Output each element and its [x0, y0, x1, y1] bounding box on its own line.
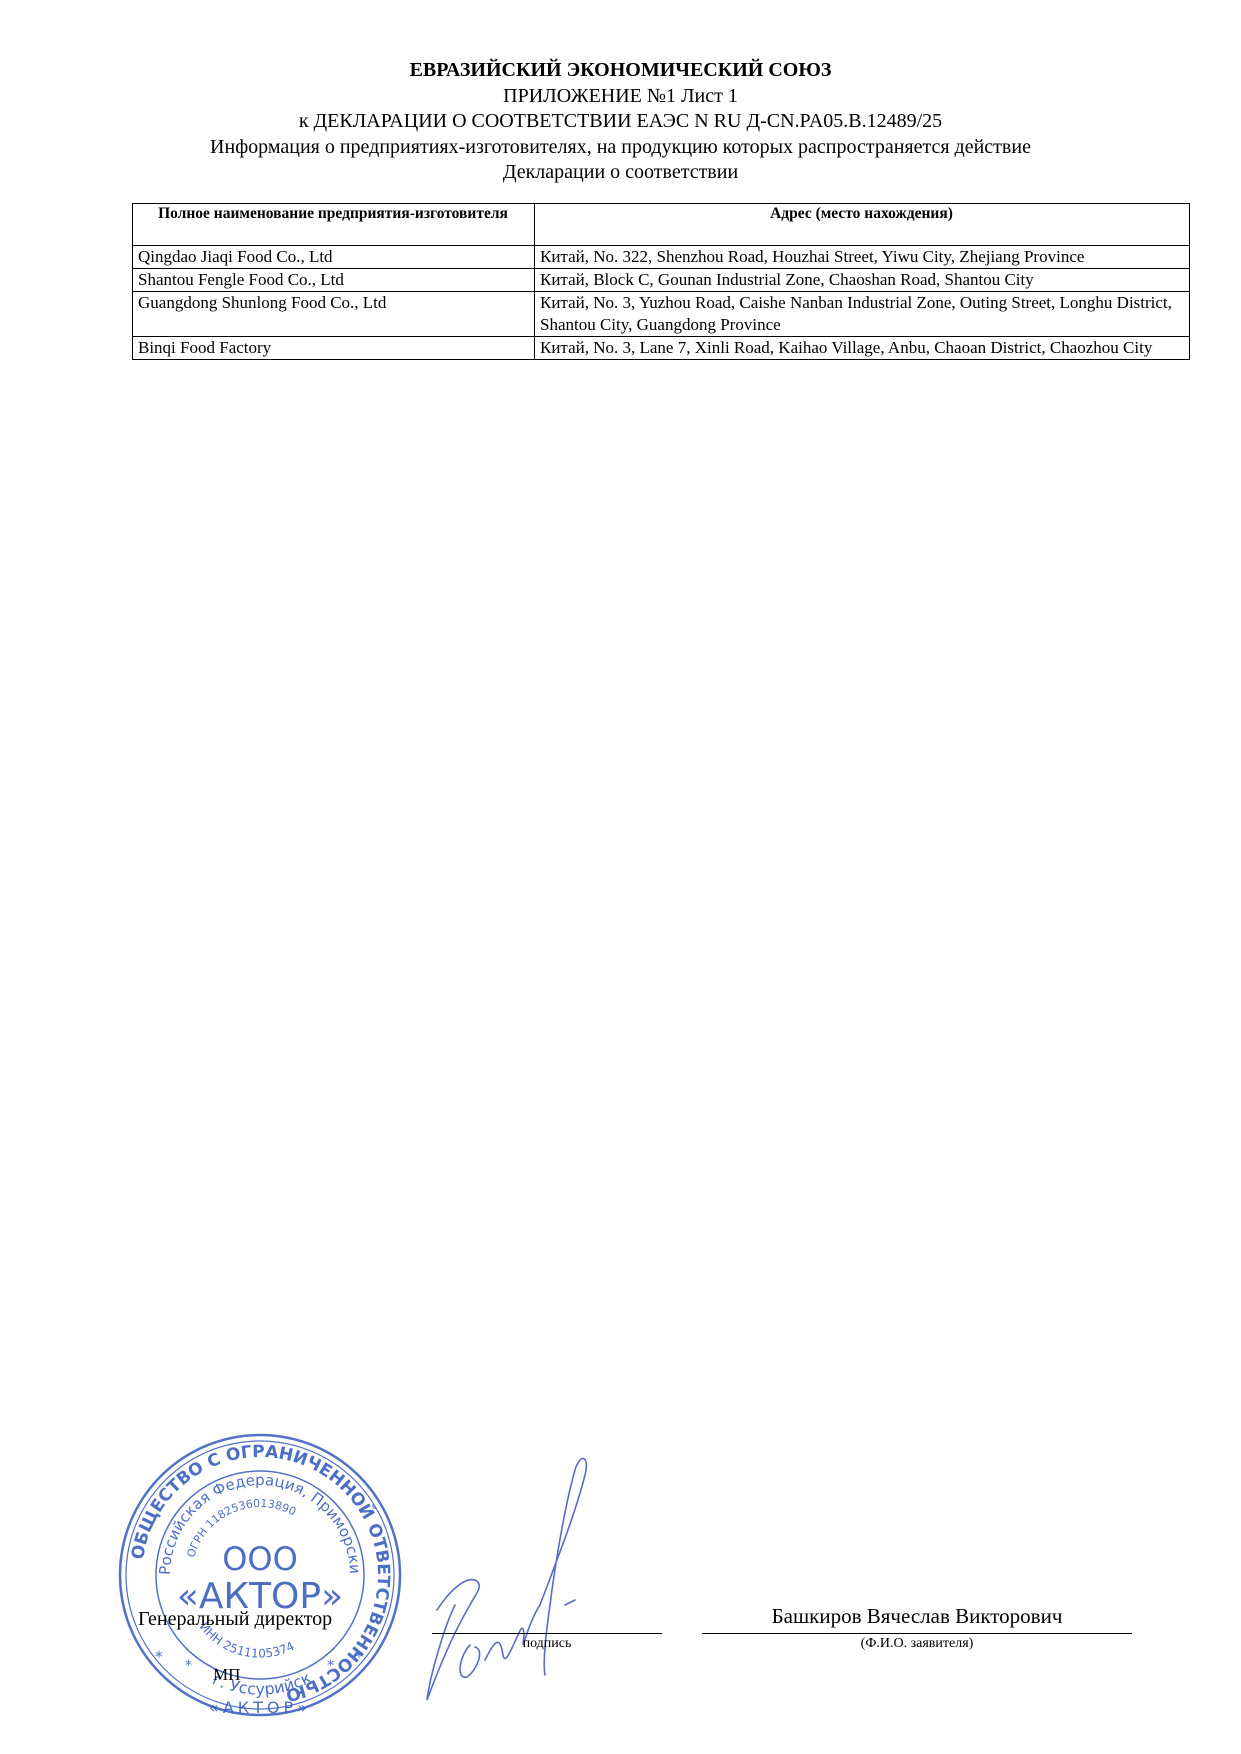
handwritten-signature	[415, 1455, 635, 1710]
manufacturer-name: Binqi Food Factory	[133, 337, 535, 360]
signature-caption: подпись	[432, 1636, 662, 1652]
manufacturer-name: Guangdong Shunlong Food Co., Ltd	[133, 292, 535, 337]
manufacturers-table: Полное наименование предприятия-изготови…	[132, 203, 1190, 360]
seal-star-icon: *	[355, 1647, 363, 1666]
table-row: Qingdao Jiaqi Food Co., Ltd Китай, No. 3…	[133, 246, 1190, 269]
company-seal-stamp: ОБЩЕСТВО С ОГРАНИЧЕННОЙ ОТВЕТСТВЕННОСТЬЮ…	[115, 1430, 405, 1720]
name-line	[702, 1633, 1132, 1634]
manufacturer-address: Китай, No. 3, Lane 7, Xinli Road, Kaihao…	[535, 337, 1190, 360]
manufacturer-name: Qingdao Jiaqi Food Co., Ltd	[133, 246, 535, 269]
table-header-row: Полное наименование предприятия-изготови…	[133, 204, 1190, 246]
table-row: Binqi Food Factory Китай, No. 3, Lane 7,…	[133, 337, 1190, 360]
document-header: ЕВРАЗИЙСКИЙ ЭКОНОМИЧЕСКИЙ СОЮЗ ПРИЛОЖЕНИ…	[0, 58, 1241, 186]
manufacturer-address: Китай, Block C, Gounan Industrial Zone, …	[535, 269, 1190, 292]
applicant-name: Башкиров Вячеслав Викторович	[702, 1604, 1132, 1629]
signatory-position: Генеральный директор	[138, 1608, 332, 1631]
seal-star-icon: *	[185, 1658, 192, 1674]
manufacturer-address: Китай, No. 322, Shenzhou Road, Houzhai S…	[535, 246, 1190, 269]
seal-star-icon: *	[327, 1658, 334, 1674]
info-line-2: Декларации о соответствии	[0, 160, 1241, 186]
seal-place-mark: МП	[213, 1665, 240, 1685]
union-title: ЕВРАЗИЙСКИЙ ЭКОНОМИЧЕСКИЙ СОЮЗ	[0, 58, 1241, 84]
seal-bottom-text: «АКТОР»	[209, 1698, 311, 1717]
column-header-address: Адрес (место нахождения)	[535, 204, 1190, 246]
column-header-name: Полное наименование предприятия-изготови…	[133, 204, 535, 246]
info-line-1: Информация о предприятиях-изготовителях,…	[0, 135, 1241, 161]
name-caption: (Ф.И.О. заявителя)	[702, 1636, 1132, 1652]
signature-line	[432, 1633, 662, 1634]
table-row: Guangdong Shunlong Food Co., Ltd Китай, …	[133, 292, 1190, 337]
declaration-number: к ДЕКЛАРАЦИИ О СООТВЕТСТВИИ ЕАЭС N RU Д-…	[0, 109, 1241, 135]
appendix-title: ПРИЛОЖЕНИЕ №1 Лист 1	[0, 84, 1241, 110]
manufacturer-name: Shantou Fengle Food Co., Ltd	[133, 269, 535, 292]
seal-star-icon: *	[155, 1647, 163, 1666]
manufacturer-address: Китай, No. 3, Yuzhou Road, Caishe Nanban…	[535, 292, 1190, 337]
table-row: Shantou Fengle Food Co., Ltd Китай, Bloc…	[133, 269, 1190, 292]
seal-center-line1: ООО	[222, 1540, 298, 1578]
